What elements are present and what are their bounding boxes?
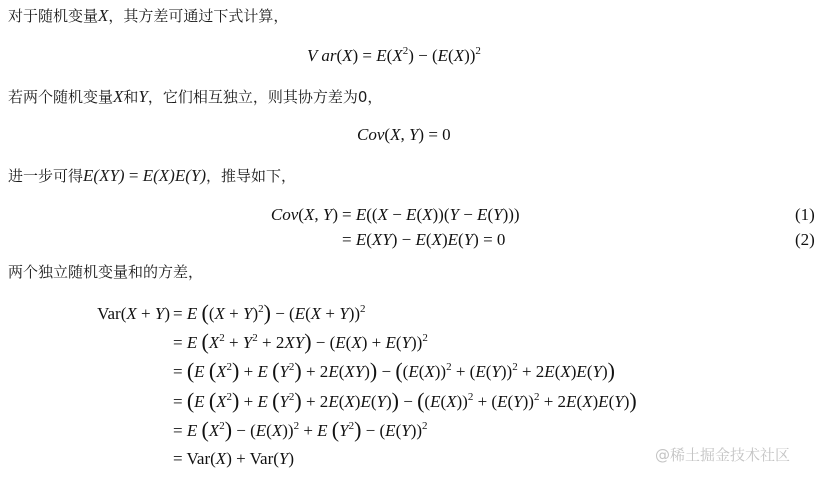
var-sum-row-6: = Var(X) + Var(Y) bbox=[173, 448, 294, 470]
paragraph-derivation-intro: 进一步可得E(XY) = E(X)E(Y)，推导如下， bbox=[8, 166, 296, 186]
text: ，它们相互独立，则其协方差为0， bbox=[148, 88, 383, 106]
math-var-x: X bbox=[98, 6, 108, 25]
equation-cov-zero: Cov(X, Y) = 0 bbox=[357, 124, 451, 146]
math-var-x: X bbox=[113, 87, 123, 106]
cov-row-2: = E(XY) − E(X)E(Y) = 0 bbox=[342, 229, 505, 251]
paragraph-variance-intro: 对于随机变量X，其方差可通过下式计算， bbox=[8, 6, 288, 26]
equation-variance: V ar(X) = E(X2) − (E(X))2 bbox=[307, 45, 481, 67]
var-sum-row-2: = E (X2 + Y2 + 2XY) − (E(X) + E(Y))2 bbox=[173, 332, 428, 354]
watermark: @稀土掘金技术社区 bbox=[655, 444, 790, 465]
equation-number-1: (1) bbox=[795, 204, 815, 226]
cov-row-1: = E((X − E(X))(Y − E(Y))) bbox=[342, 204, 520, 226]
text: 两个独立随机变量和的方差， bbox=[8, 263, 203, 281]
text: 和 bbox=[123, 88, 138, 106]
text: 对于随机变量 bbox=[8, 7, 98, 25]
var-sum-row-1: = E ((X + Y)2) − (E(X + Y))2 bbox=[173, 303, 366, 325]
var-sum-row-4: = (E (X2) + E (Y2) + 2E(X)E(Y)) − ((E(X)… bbox=[173, 391, 637, 413]
equation-cov-derivation: Cov(X, Y) = E((X − E(X))(Y − E(Y))) (1) … bbox=[0, 204, 830, 254]
math-inline-expectation: E(XY) = E(X)E(Y) bbox=[83, 166, 206, 185]
cov-lhs: Cov(X, Y) bbox=[271, 204, 338, 226]
var-sum-row-5: = E (X2) − (E(X))2 + E (Y2) − (E(Y))2 bbox=[173, 420, 428, 442]
var-sum-lhs: Var(X + Y) bbox=[97, 303, 170, 325]
var-sum-row-3: = (E (X2) + E (Y2) + 2E(XY)) − ((E(X))2 … bbox=[173, 361, 615, 383]
text: 进一步可得 bbox=[8, 167, 83, 185]
text: ，推导如下， bbox=[206, 167, 296, 185]
math-var-y: Y bbox=[138, 87, 147, 106]
paragraph-independence: 若两个随机变量X和Y，它们相互独立，则其协方差为0， bbox=[8, 87, 382, 107]
paragraph-sum-variance-intro: 两个独立随机变量和的方差， bbox=[8, 262, 203, 282]
equation-number-2: (2) bbox=[795, 229, 815, 251]
text: 若两个随机变量 bbox=[8, 88, 113, 106]
text: ，其方差可通过下式计算， bbox=[108, 7, 288, 25]
